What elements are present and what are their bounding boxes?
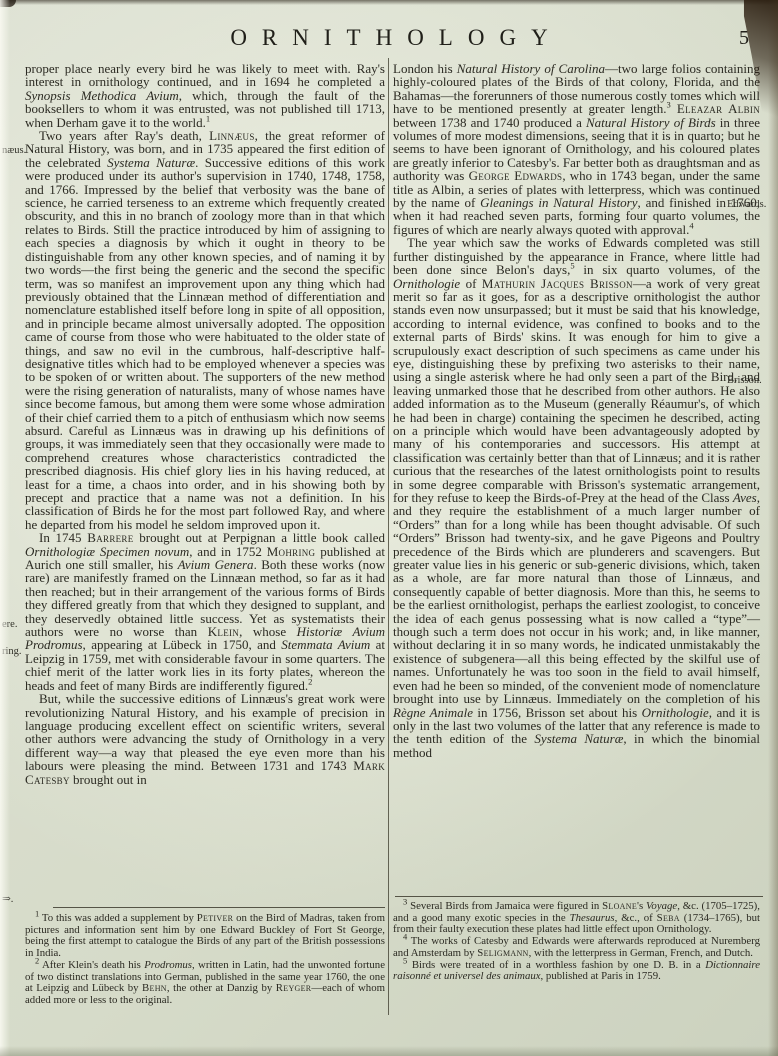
paragraph: proper place nearly every bird he was li… (25, 62, 385, 129)
right-footnotes: 3 Several Birds from Jamaica were figure… (393, 901, 760, 983)
scan-edge-left (0, 0, 10, 1056)
page-header-title: ORNITHOLOGY (0, 25, 778, 51)
left-column-text: proper place nearly every bird he was li… (25, 62, 385, 786)
footnote: 3 Several Birds from Jamaica were figure… (393, 901, 760, 936)
scan-edge-top (0, 0, 778, 5)
paragraph: The year which saw the works of Edwards … (393, 236, 760, 759)
paragraph: London his Natural History of Carolina—t… (393, 62, 760, 236)
paragraph: Two years after Ray's death, Linnæus, th… (25, 129, 385, 531)
paragraph: But, while the successive editions of Li… (25, 692, 385, 786)
scan-edge-right (768, 0, 778, 1056)
scan-edge-bottom (0, 1046, 778, 1056)
book-page: ORNITHOLOGY 5 proper place nearly every … (0, 0, 778, 1056)
footnote: 1 To this was added a supplement by Peti… (25, 913, 385, 960)
right-column-text: London his Natural History of Carolina—t… (393, 62, 760, 759)
right-footnote-rule (395, 896, 763, 897)
footnote: 2 After Klein's death his Prodromus, wri… (25, 960, 385, 1007)
paragraph: In 1745 Barrere brought out at Perpignan… (25, 531, 385, 692)
footnote: 5 Birds were treated of in a worthless f… (393, 960, 760, 983)
footnote: 4 The works of Catesby and Edwards were … (393, 936, 760, 959)
left-footnote-rule (53, 907, 385, 908)
left-footnotes: 1 To this was added a supplement by Peti… (25, 913, 385, 1007)
margin-note-edwards: Edwards. (727, 199, 766, 210)
margin-note-brisson: Brisson. (727, 375, 762, 386)
column-divider (388, 58, 389, 1015)
